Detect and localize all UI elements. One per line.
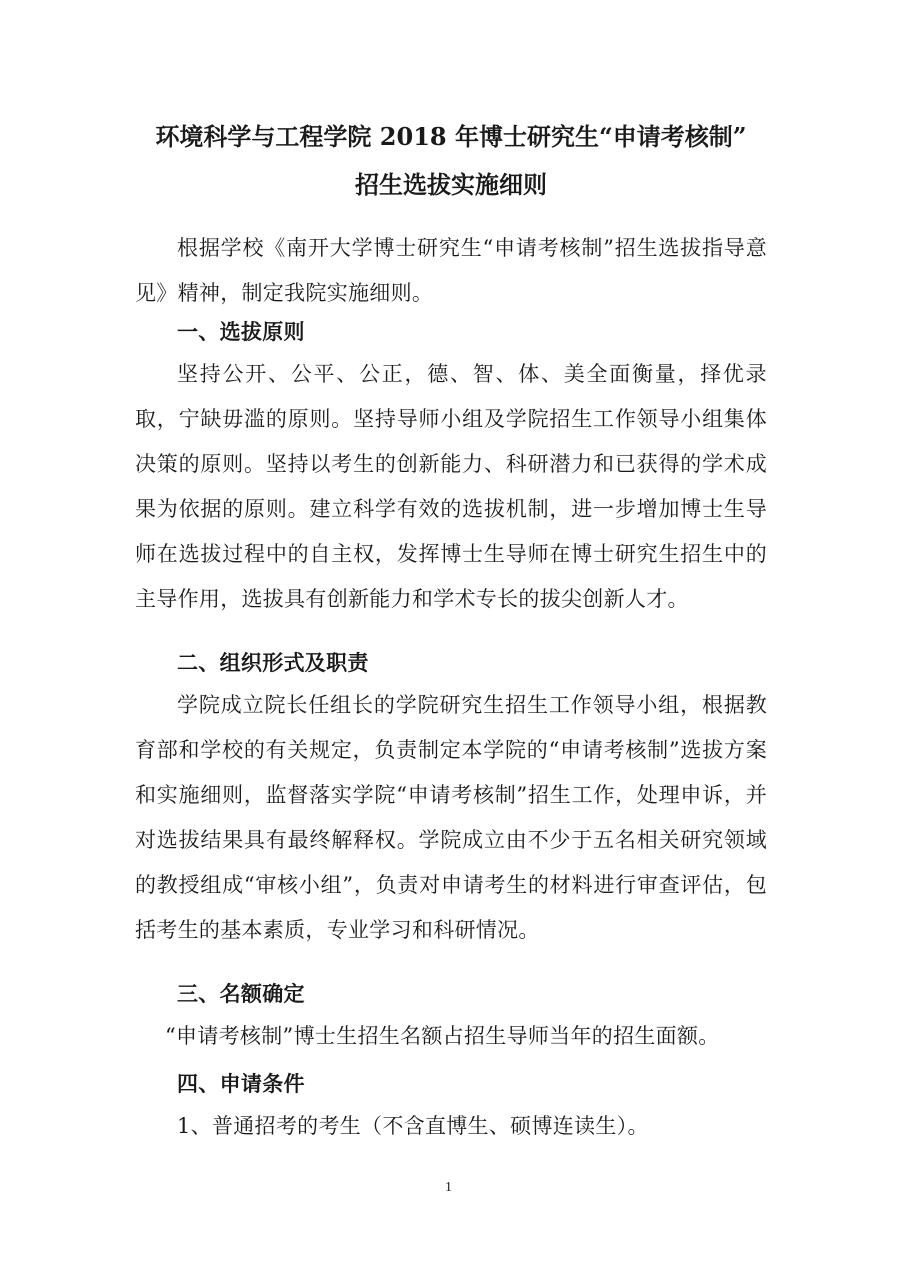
section-paragraph-2: 学院成立院长任组长的学院研究生招生工作领导小组，根据教育部和学校的有关规定，负责… [135, 683, 767, 953]
section-paragraph-3: “申请考核制”博士生招生名额占招生导师当年的招生面额。 [165, 1014, 785, 1059]
document-title-line1: 环境科学与工程学院 2018 年博士研究生“申请考核制” [135, 117, 767, 152]
intro-paragraph: 根据学校《南开大学博士研究生“申请考核制”招生选拔指导意见》精神，制定我院实施细… [135, 226, 767, 316]
section-heading-2: 二、组织形式及职责 [177, 647, 369, 677]
section-heading-3: 三、名额确定 [177, 978, 305, 1008]
document-title-line2: 招生选拔实施细则 [135, 165, 767, 200]
page-number: 1 [445, 1180, 452, 1196]
section-heading-4: 四、申请条件 [177, 1068, 305, 1098]
section-paragraph-4: 1、普通招考的考生（不含直博生、硕博连读生）。 [177, 1104, 777, 1149]
section-paragraph-1: 坚持公开、公平、公正，德、智、体、美全面衡量，择优录取，宁缺毋滥的原则。坚持导师… [135, 352, 767, 622]
section-heading-1: 一、选拔原则 [177, 316, 305, 346]
